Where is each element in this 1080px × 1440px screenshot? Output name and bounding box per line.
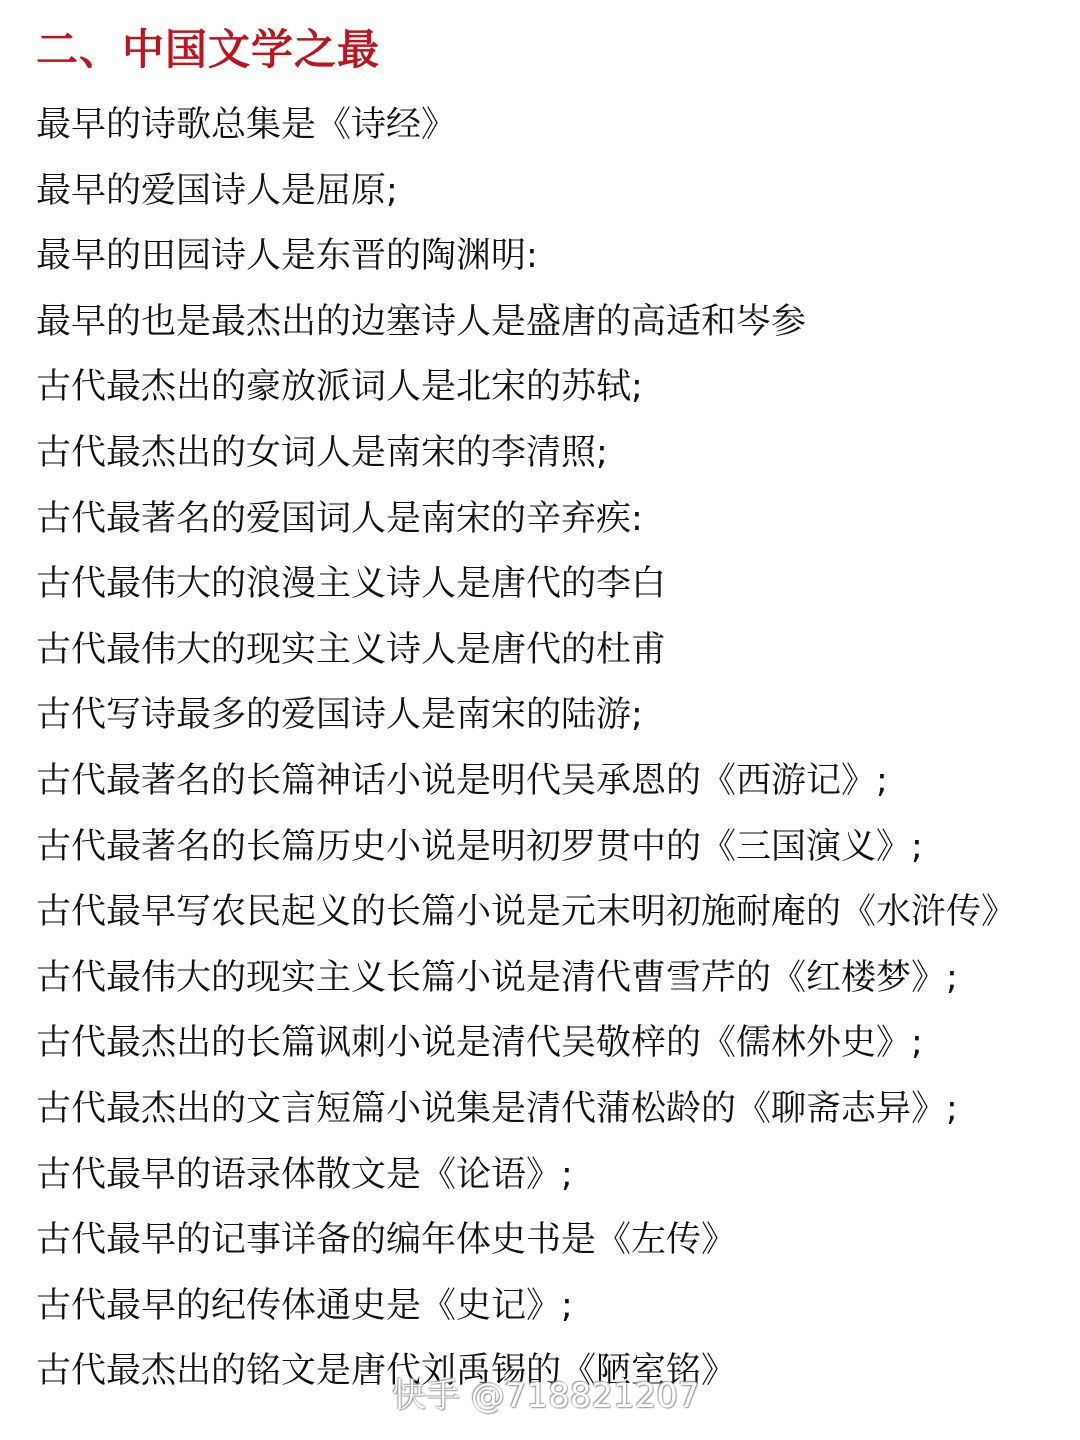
facts-list: 最早的诗歌总集是《诗经》 最早的爱国诗人是屈原; 最早的田园诗人是东晋的陶渊明:… [36,98,1016,1410]
list-item: 古代最著名的长篇历史小说是明初罗贯中的《三国演义》; [36,820,1016,874]
list-item: 古代最杰出的女词人是南宋的李清照; [36,426,1016,480]
list-item: 古代最著名的爱国词人是南宋的辛弃疾: [36,492,1016,546]
list-item: 古代最伟大的浪漫主义诗人是唐代的李白 [36,557,1016,611]
list-item: 古代最早的记事详备的编年体史书是《左传》 [36,1213,1016,1267]
list-item: 古代最伟大的现实主义诗人是唐代的杜甫 [36,623,1016,677]
list-item: 古代最著名的长篇神话小说是明代吴承恩的《西游记》; [36,754,1016,808]
list-item: 最早的田园诗人是东晋的陶渊明: [36,229,1016,283]
list-item: 古代最早写农民起义的长篇小说是元末明初施耐庵的《水浒传》 [36,885,1016,939]
section-title: 二、中国文学之最 [36,22,380,78]
list-item: 古代写诗最多的爱国诗人是南宋的陆游; [36,688,1016,742]
list-item: 古代最早的语录体散文是《论语》; [36,1148,1016,1202]
list-item: 最早的爱国诗人是屈原; [36,164,1016,218]
list-item: 古代最伟大的现实主义长篇小说是清代曹雪芹的《红楼梦》; [36,951,1016,1005]
list-item: 古代最杰出的长篇讽刺小说是清代吴敬梓的《儒林外史》; [36,1016,1016,1070]
watermark: 快手 @718821207 [392,1374,700,1418]
list-item: 最早的诗歌总集是《诗经》 [36,98,1016,152]
list-item: 古代最早的纪传体通史是《史记》; [36,1279,1016,1333]
list-item: 最早的也是最杰出的边塞诗人是盛唐的高适和岑参 [36,295,1016,349]
list-item: 古代最杰出的豪放派词人是北宋的苏轼; [36,360,1016,414]
list-item: 古代最杰出的文言短篇小说集是清代蒲松龄的《聊斋志异》; [36,1082,1016,1136]
